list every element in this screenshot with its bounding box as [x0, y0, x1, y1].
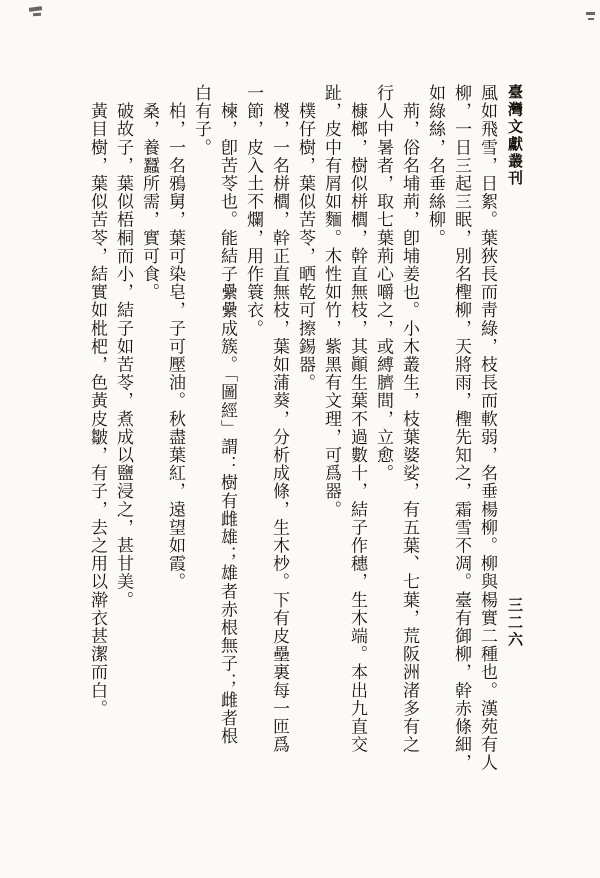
- text-column-7: 趾，皮中有屑如麵。木性如竹，紫黑有文理，可爲器。: [318, 84, 344, 814]
- text-column-15: 破故子，葉似梧桐而小，結子如苦苓，煮成以鹽浸之，甚甘美。: [110, 84, 136, 814]
- scan-artifact: [588, 18, 594, 20]
- text-column-4: 荊，俗名埔荊，卽埔姜也。小木叢生，枝葉婆娑，有五葉、七葉，荒阪洲渚多有之: [396, 84, 422, 814]
- text-column-11: 楝，卽苦苓也。能結子纍纍成簇。「圖經」謂：樹有雌雄；雄者赤根無子；雌者根: [214, 84, 240, 814]
- scan-artifact: [29, 6, 42, 12]
- text-column-1: 風如飛雪，日絮。葉狹長而靑綠，枝長而軟弱，名垂楊柳。柳與楊實二種也。漢苑有人: [474, 84, 500, 814]
- text-column-10: 一節，皮入土不爛，用作簑衣。: [240, 84, 266, 814]
- text-column-14: 桑，養蠶所需，實可食。: [136, 84, 162, 814]
- text-column-6: 槺榔，樹似栟櫚，幹直無枝，其顚生葉不過數十，結子作穗，生木端。本出九直交: [344, 84, 370, 814]
- text-column-5: 行人中暑者，取七葉荊心嚼之，或縛臍間，立愈。: [370, 84, 396, 814]
- body-text: 風如飛雪，日絮。葉狹長而靑綠，枝長而軟弱，名垂楊柳。柳與楊實二種也。漢苑有人 柳…: [84, 84, 500, 814]
- series-title: 臺灣文獻叢刊: [504, 84, 525, 187]
- text-column-16: 黃目樹，葉似苦苓，結實如枇杷，色黃皮皺，有子，去之用以澣衣甚潔而白。: [84, 84, 110, 814]
- page-number: 三二六: [504, 597, 525, 649]
- text-column-2: 柳，一日三起三眠，別名檉柳，天將雨，檉先知之，霜雪不凋。臺有御柳，幹赤條細，: [448, 84, 474, 814]
- text-column-12: 白有子。: [188, 84, 214, 814]
- text-column-8: 樸仔樹，葉似苦苓，晒乾可擦錫器。: [292, 84, 318, 814]
- scan-artifact: [33, 13, 41, 17]
- scan-artifact: [586, 12, 595, 15]
- text-column-9: 椶，一名栟櫚，幹正直無枝，葉如蒲葵，分析成條，生木杪。下有皮壘裏每一匝爲: [266, 84, 292, 814]
- text-column-3: 如綠絲，名垂絲柳。: [422, 84, 448, 814]
- text-column-13: 柏，一名鴉舅，葉可染皂，子可壓油。秋盡葉紅，遠望如霞。: [162, 84, 188, 814]
